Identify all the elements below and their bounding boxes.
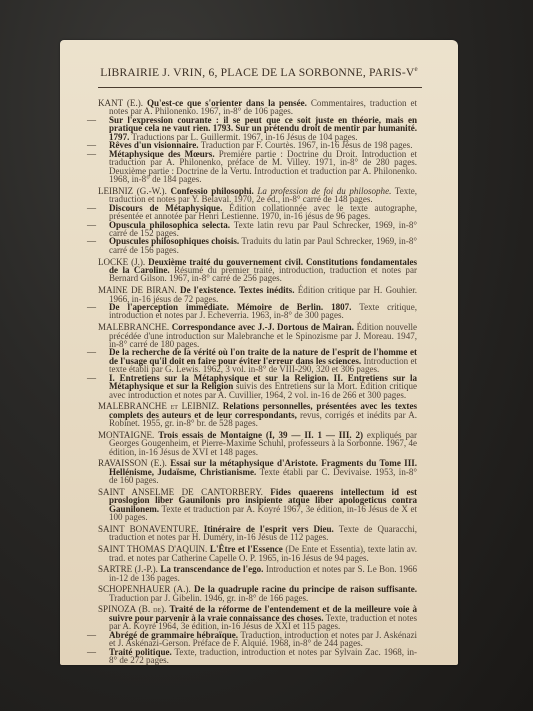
catalog-entry: LEIBNIZ (G.-W.). Confessio philosophi. L… bbox=[98, 187, 417, 255]
work-item-primary: MONTAIGNE. Trois essais de Montaigne (I,… bbox=[98, 431, 417, 456]
work-item-sub: —De la recherche de la vérité où l'on tr… bbox=[98, 348, 417, 373]
work-item-primary: SAINT ANSELME DE CANTORBERY. Fides quaer… bbox=[98, 488, 417, 522]
work-item-primary: MALEBRANCHE. Correspondance avec J.-J. D… bbox=[98, 323, 417, 348]
work-item-sub: —Métaphysique des Mœurs. Première partie… bbox=[98, 150, 417, 184]
em-dash: — bbox=[98, 150, 109, 158]
work-item-primary: KANT (E.). Qu'est-ce que s'orienter dans… bbox=[98, 99, 417, 116]
catalog-entry: SPINOZA (B. de). Traité de la réforme de… bbox=[98, 605, 417, 664]
header-divider bbox=[98, 87, 422, 88]
work-item-primary: LEIBNIZ (G.-W.). Confessio philosophi. L… bbox=[98, 187, 417, 204]
em-dash: — bbox=[98, 237, 109, 245]
work-item-primary: MAINE DE BIRAN. De l'existence. Textes i… bbox=[98, 286, 417, 303]
catalog-list: KANT (E.). Qu'est-ce que s'orienter dans… bbox=[98, 99, 417, 668]
em-dash: — bbox=[98, 348, 109, 356]
work-item-primary: RAVAISSON (E.). Essai sur la métaphysiqu… bbox=[98, 459, 417, 484]
catalog-entry: MALEBRANCHE. Correspondance avec J.-J. D… bbox=[98, 323, 417, 399]
book-back-cover: LIBRAIRIE J. VRIN, 6, PLACE DE LA SORBON… bbox=[60, 40, 458, 665]
catalog-entry: MALEBRANCHE et LEIBNIZ. Relations person… bbox=[98, 402, 417, 427]
catalog-entry: SAINT BONAVENTURE. Itinéraire de l'espri… bbox=[98, 525, 417, 542]
catalog-entry: SARTRE (J.-P.). La transcendance de l'eg… bbox=[98, 565, 417, 582]
work-item-sub: —Traité politique. Texte, traduction, in… bbox=[98, 648, 417, 665]
work-item-sub: —Abrégé de grammaire hébraïque. Traducti… bbox=[98, 631, 417, 648]
em-dash: — bbox=[98, 631, 109, 639]
work-item-sub: —Opuscula philosophica selecta. Texte la… bbox=[98, 221, 417, 238]
work-item-primary: MALEBRANCHE et LEIBNIZ. Relations person… bbox=[98, 402, 417, 427]
catalog-entry: LOCKE (J.). Deuxième traité du gouvernem… bbox=[98, 258, 417, 283]
work-details: Traduction par J. Gibelin. 1946, gr. in-… bbox=[109, 593, 308, 603]
em-dash: — bbox=[98, 648, 109, 656]
em-dash: — bbox=[98, 374, 109, 382]
publisher-header-superscript: e bbox=[414, 65, 417, 73]
publisher-header: LIBRAIRIE J. VRIN, 6, PLACE DE LA SORBON… bbox=[60, 65, 458, 79]
work-item-primary: SPINOZA (B. de). Traité de la réforme de… bbox=[98, 605, 417, 630]
em-dash: — bbox=[98, 141, 109, 149]
catalog-entry: MAINE DE BIRAN. De l'existence. Textes i… bbox=[98, 286, 417, 320]
em-dash: — bbox=[98, 303, 109, 311]
em-dash: — bbox=[98, 204, 109, 212]
em-dash: — bbox=[98, 116, 109, 124]
em-dash: — bbox=[98, 221, 109, 229]
work-item-primary: LOCKE (J.). Deuxième traité du gouvernem… bbox=[98, 258, 417, 283]
work-item-sub: —Sur l'expression courante : il se peut … bbox=[98, 116, 417, 141]
catalog-entry: SCHOPENHAUER (A.). De la quadruple racin… bbox=[98, 585, 417, 602]
catalog-entry: SAINT THOMAS D'AQUIN. L'Être et l'Essenc… bbox=[98, 545, 417, 562]
work-item-primary: SAINT BONAVENTURE. Itinéraire de l'espri… bbox=[98, 525, 417, 542]
catalog-entry: SAINT ANSELME DE CANTORBERY. Fides quaer… bbox=[98, 488, 417, 522]
publisher-header-text: LIBRAIRIE J. VRIN, 6, PLACE DE LA SORBON… bbox=[100, 66, 414, 79]
catalog-entry: MONTAIGNE. Trois essais de Montaigne (I,… bbox=[98, 431, 417, 456]
work-item-primary: SCHOPENHAUER (A.). De la quadruple racin… bbox=[98, 585, 417, 602]
work-item-sub: —De l'aperception immédiate. Mémoire de … bbox=[98, 303, 417, 320]
work-item-sub: —Opuscules philosophiques choisis. Tradu… bbox=[98, 237, 417, 254]
catalog-entry: RAVAISSON (E.). Essai sur la métaphysiqu… bbox=[98, 459, 417, 484]
work-item-primary: SARTRE (J.-P.). La transcendance de l'eg… bbox=[98, 565, 417, 582]
work-item-sub: —I. Entretiens sur la Métaphysique et su… bbox=[98, 374, 417, 399]
work-item-sub: —Discours de Métaphysique. Édition colla… bbox=[98, 204, 417, 221]
work-item-primary: SAINT THOMAS D'AQUIN. L'Être et l'Essenc… bbox=[98, 545, 417, 562]
catalog-entry: KANT (E.). Qu'est-ce que s'orienter dans… bbox=[98, 99, 417, 184]
